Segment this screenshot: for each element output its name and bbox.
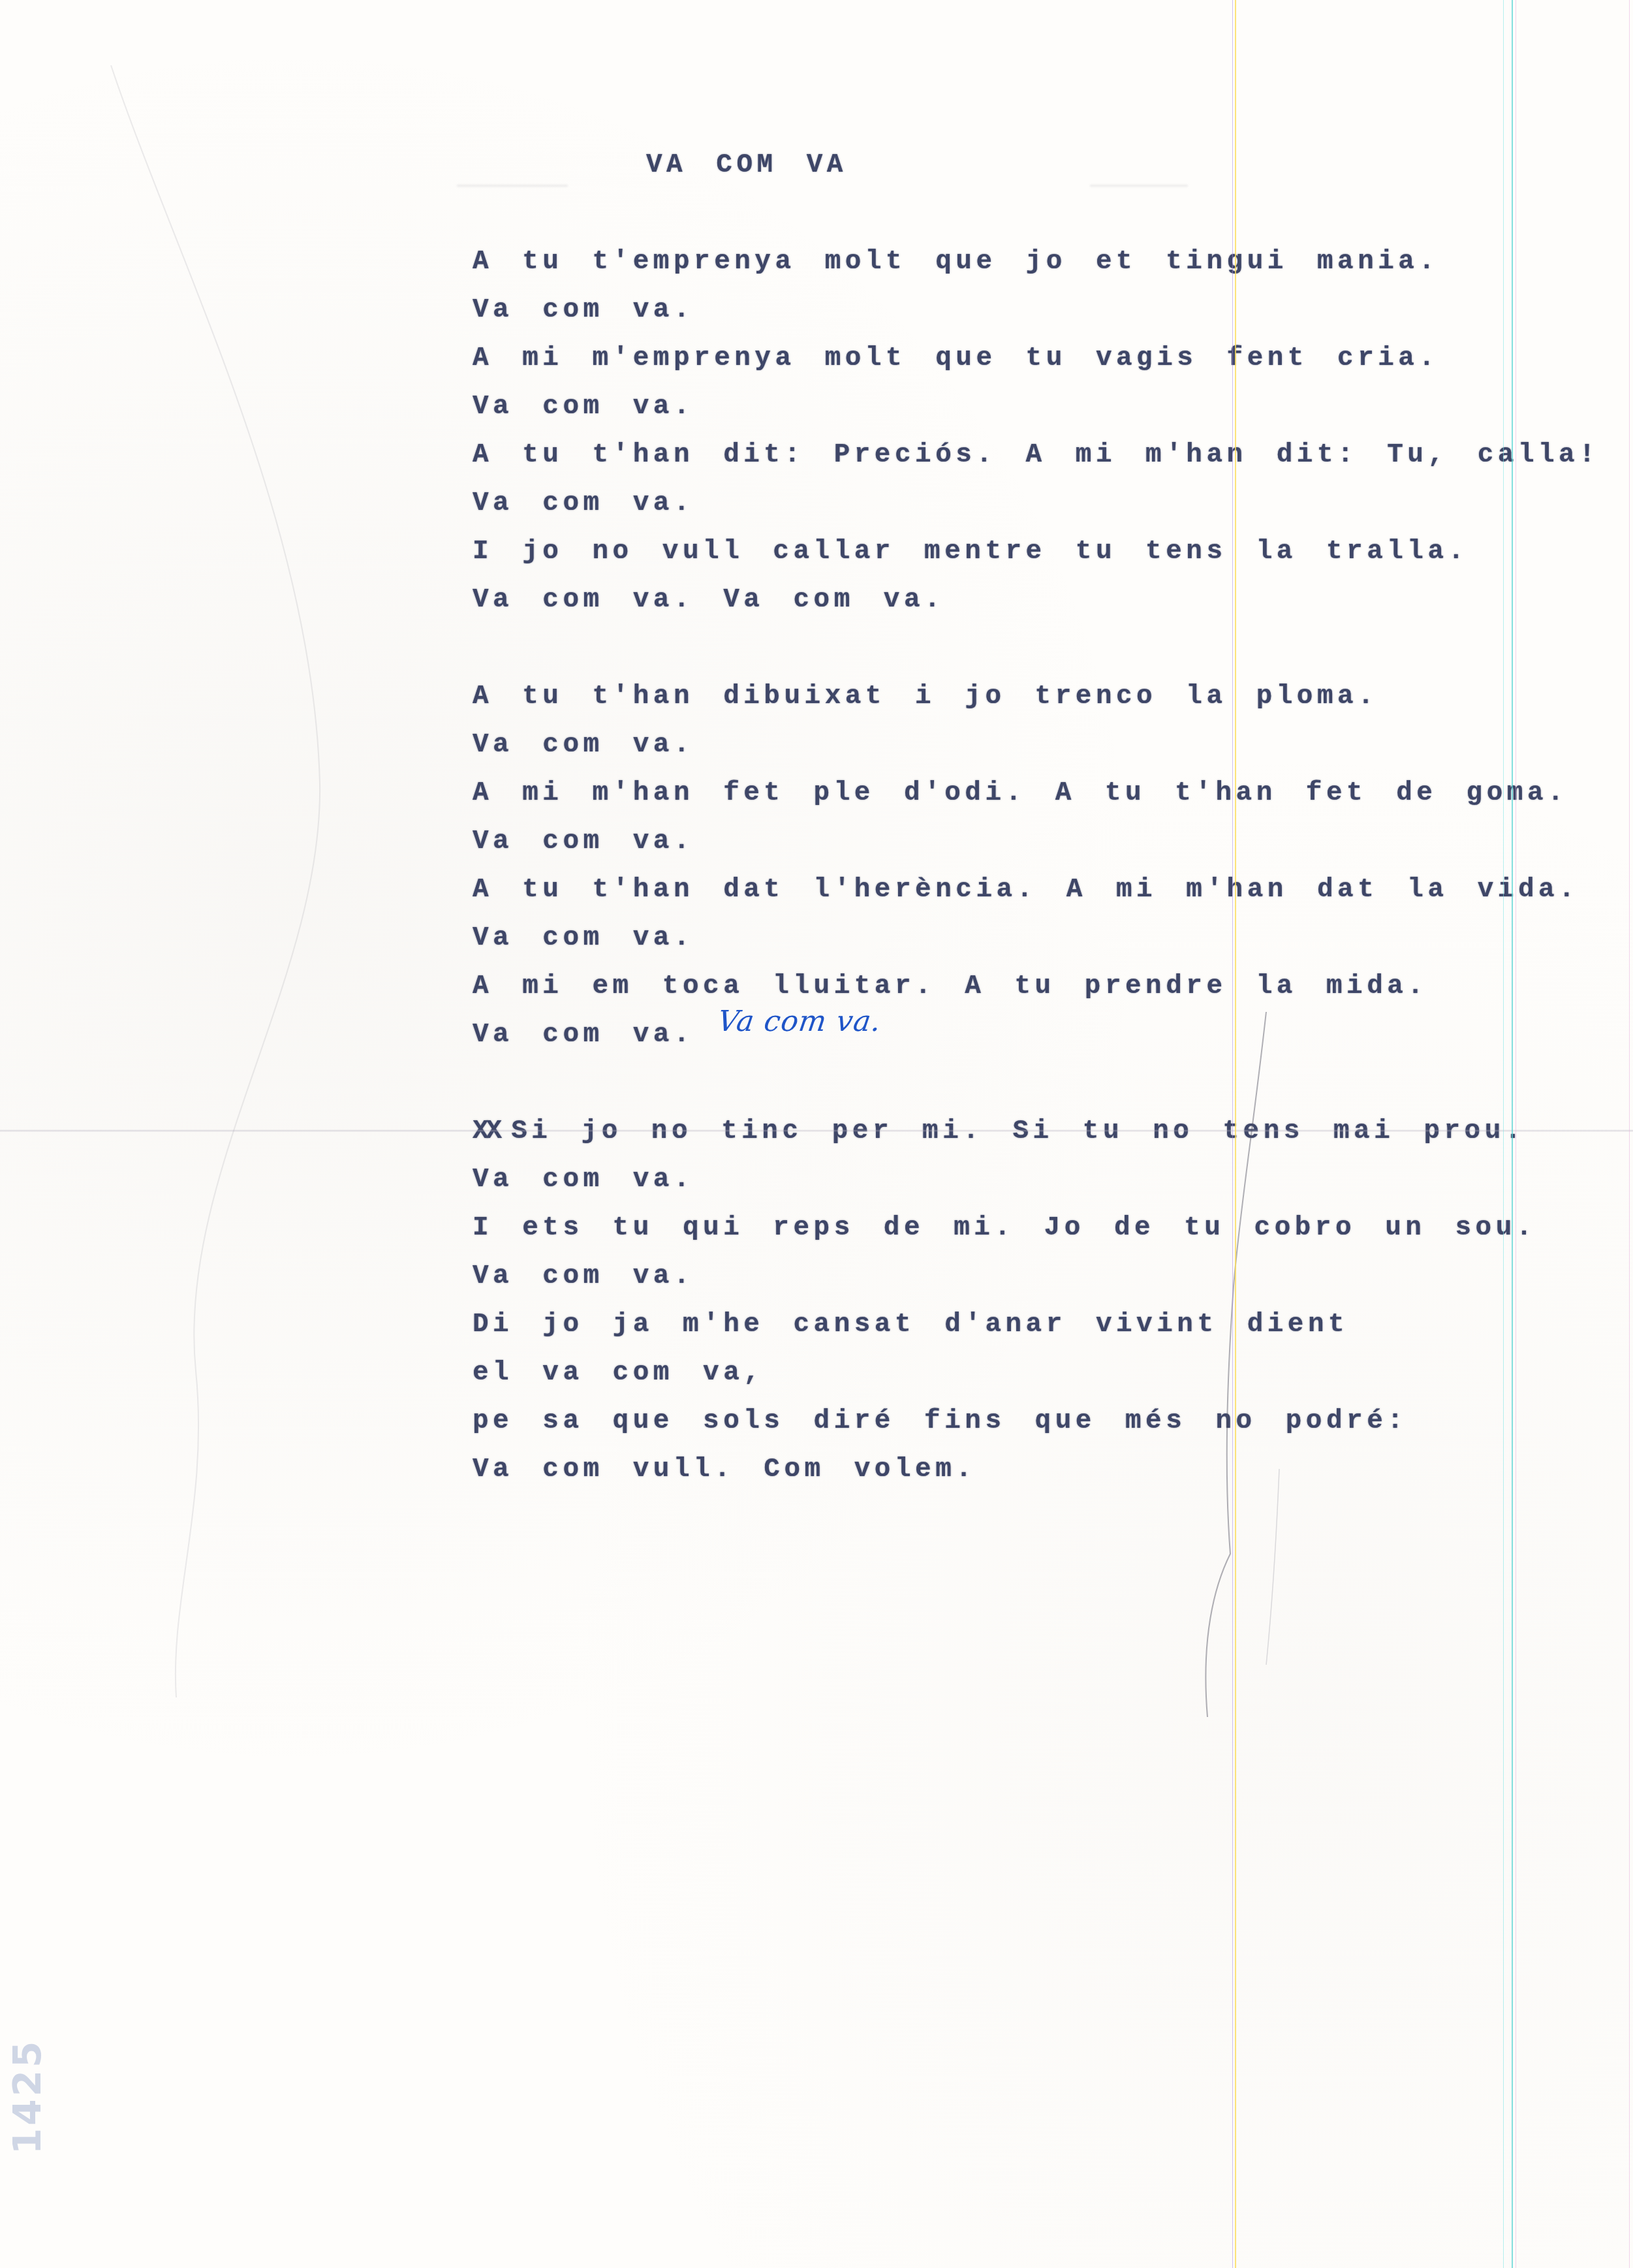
title-underline-smudge-right xyxy=(1090,185,1188,187)
stanza-2-line-8-text: Va com va. xyxy=(473,1020,694,1050)
stanza-2-line-2: Va com va. xyxy=(473,727,1599,776)
stanza-2-line-1: A tu t'han dibuixat i jo trenco la ploma… xyxy=(473,679,1599,727)
archive-number: 1425 xyxy=(5,2039,50,2154)
stanza-3-line-1: XXSi jo no tinc per mi. Si tu no tens ma… xyxy=(473,1114,1599,1162)
scanner-line-cyan xyxy=(1503,0,1504,2268)
scanned-page: VA COM VA A tu t'emprenya molt que jo et… xyxy=(0,0,1633,2268)
stanza-3-line-6: el va com va, xyxy=(473,1355,1599,1404)
stanza-3-line-2: Va com va. xyxy=(473,1162,1599,1210)
stanza-2-line-8: Va com va. xyxy=(473,1017,1599,1065)
stanza-3-line-8: Va com vull. Com volem. xyxy=(473,1452,1599,1500)
scanner-line-pink xyxy=(1516,0,1516,2268)
stanza-3-line-5: Di jo ja m'he cansat d'anar vivint dient xyxy=(473,1307,1599,1355)
stanza-1-line-1: A tu t'emprenya molt que jo et tingui ma… xyxy=(473,244,1599,292)
stanza-gap xyxy=(473,631,1599,679)
stanza-2-line-7: A mi em toca lluitar. A tu prendre la mi… xyxy=(473,969,1599,1017)
stanza-1-line-7: I jo no vull callar mentre tu tens la tr… xyxy=(473,534,1599,582)
stanza-1-line-8: Va com va. Va com va. xyxy=(473,582,1599,631)
stanza-1-line-4: Va com va. xyxy=(473,389,1599,437)
stanza-gap xyxy=(473,1065,1599,1114)
stanza-1-line-2: Va com va. xyxy=(473,292,1599,341)
stanza-2-line-3: A mi m'han fet ple d'odi. A tu t'han fet… xyxy=(473,776,1599,824)
stanza-3-line-4: Va com va. xyxy=(473,1259,1599,1307)
faint-pencil-curve xyxy=(98,65,392,1697)
pencil-crease-mark xyxy=(1162,1012,1292,1730)
poem-body: A tu t'emprenya molt que jo et tingui ma… xyxy=(473,244,1599,1500)
scanner-line-purple xyxy=(1232,0,1233,2268)
scanner-line-pink-edge xyxy=(1629,0,1630,2268)
stanza-2-line-4: Va com va. xyxy=(473,824,1599,872)
scanner-line-cyan-2 xyxy=(1512,0,1513,2268)
scanner-line-yellow xyxy=(1235,0,1236,2268)
stanza-3-line-7: pe sa que sols diré fins que més no podr… xyxy=(473,1404,1599,1452)
stanza-1-line-3: A mi m'emprenya molt que tu vagis fent c… xyxy=(473,341,1599,389)
stanza-2-line-5: A tu t'han dat l'herència. A mi m'han da… xyxy=(473,872,1599,921)
stanza-1-line-6: Va com va. xyxy=(473,486,1599,534)
stanza-2-line-6: Va com va. xyxy=(473,921,1599,969)
stanza-3-line-3: I ets tu qui reps de mi. Jo de tu cobro … xyxy=(473,1210,1599,1259)
document-title: VA COM VA xyxy=(646,149,847,181)
title-underline-smudge-left xyxy=(457,185,568,187)
handwritten-annotation: Va com va. xyxy=(715,1005,883,1038)
stanza-1-line-5: A tu t'han dit: Preciós. A mi m'han dit:… xyxy=(473,437,1599,486)
